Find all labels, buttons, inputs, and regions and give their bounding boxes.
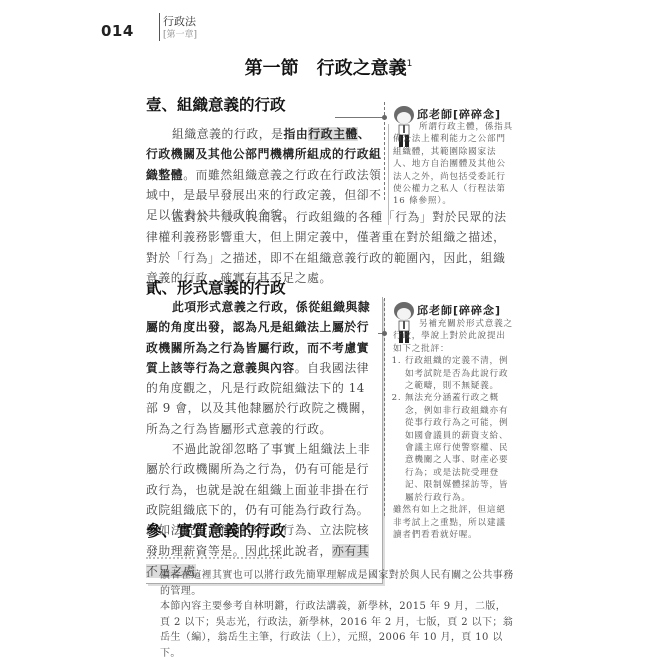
teacher-label: 邱老師[碎碎念]	[417, 106, 501, 122]
critique-item-1: 行政組織的定義不清，例如考試院是否為此說行政之範疇，則不無疑義。	[405, 355, 515, 392]
side-note-1: 所謂行政主體，係指具備公法上權利能力之公部門組織體，其範圍除國家法人、地方自治團…	[393, 121, 515, 208]
footnote-mark: 1	[146, 568, 151, 584]
part2-paragraph2: 不過此說卻忽略了事實上組織法上非屬於行政機關所為之行為，仍有可能是行政行為，也就…	[146, 439, 382, 581]
page-number: 014	[101, 22, 134, 40]
heading-part2: 貳、形式意義的行政	[146, 276, 286, 298]
chapter-label: [第一章]	[163, 27, 197, 40]
heading-part1: 壹、組織意義的行政	[146, 93, 286, 115]
section-name: 行政之意義	[317, 58, 407, 79]
footnote: 1 讀者在這裡其實也可以將行政先簡單理解成是國家對於與人民有關之公共事務的管理。…	[146, 568, 516, 657]
header-divider	[159, 13, 160, 41]
teacher-label-2: 邱老師[碎碎念]	[417, 302, 501, 318]
section-title: 第一節行政之意義1	[0, 54, 657, 80]
heading-part3: 參、實質意義的行政	[146, 519, 286, 541]
side-note-2: 另補充關於形式意義之行政，學說上對於此說提出如下之批評： 行政組織的定義不清，例…	[393, 318, 515, 541]
connector-dot-2	[382, 331, 387, 336]
connector-dot	[382, 115, 387, 120]
footnote-separator	[146, 557, 282, 559]
part2-paragraph1: 此項形式意義之行政，係從組織與隸屬的角度出發，認為凡是組織法上屬於行政機關所為之…	[146, 297, 382, 439]
highlight-term: 行政主體	[308, 127, 358, 141]
part2-box: 此項形式意義之行政，係從組織與隸屬的角度出發，認為凡是組織法上屬於行政機關所為之…	[146, 297, 383, 584]
critique-item-2: 無法充分涵蓋行政之概念，例如非行政組織亦有從事行政行為之可能，例如國會議員的薪資…	[405, 392, 515, 504]
footnote-ref[interactable]: 1	[407, 59, 413, 69]
section-number: 第一節	[245, 58, 299, 79]
note-connector	[335, 117, 385, 118]
